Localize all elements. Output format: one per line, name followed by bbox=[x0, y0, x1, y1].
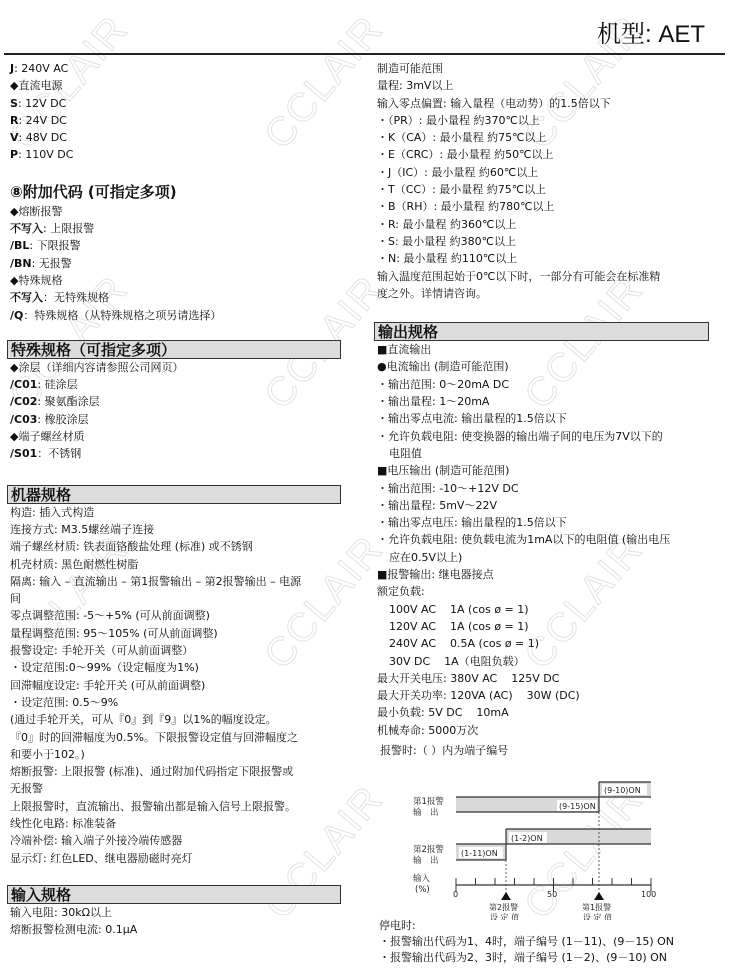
left-column: J: 240V AC ◆直流电源 S: 12V DC R: 24V DC V: … bbox=[10, 60, 345, 938]
range-note: 输入温度范围起始于0℃以下时，一部分有可能会在标准精 bbox=[377, 268, 717, 285]
spec-line: ・允许负载电阻: 使负载电流为1mA以下的电阻值 (输出电压 bbox=[377, 531, 717, 548]
spec-line: ・输出零点电压: 输出量程的1.5倍以下 bbox=[377, 514, 717, 531]
input-spec-list: 输入电阻: 30kΩ以上 熔断报警检测电流: 0.1μA bbox=[10, 904, 345, 939]
rated-load-item: 100V AC 1A (cos ø = 1) bbox=[377, 601, 717, 618]
axis-label: (%) bbox=[415, 885, 430, 895]
thermocouple-item: ・（PR）: 最小量程 約370℃以上 bbox=[377, 112, 717, 129]
svg-text:(1-2)ON: (1-2)ON bbox=[511, 834, 543, 843]
special-item: /S01：不锈钢 bbox=[10, 445, 345, 462]
power-item: P: 110V DC bbox=[10, 146, 345, 163]
dc-output-title: ■直流输出 bbox=[377, 341, 717, 358]
spec-line: 上限报警时，直流输出、报警输出都是输入信号上限报警。 bbox=[10, 798, 345, 815]
current-output-title: ●电流输出 (制造可能范围) bbox=[377, 358, 717, 375]
special-item: /C03: 橡胶涂层 bbox=[10, 411, 345, 428]
spec-line: 报警设定: 手轮开关（可从前面调整） bbox=[10, 642, 345, 659]
voltage-output-title: ■电压输出 (制造可能范围) bbox=[377, 462, 717, 479]
rated-load-item: 30V DC 1A（电阻负载） bbox=[377, 653, 717, 670]
spec-line: 无报警 bbox=[10, 780, 345, 797]
spec-line: ・输出量程: 1～20mA bbox=[377, 393, 717, 410]
thermocouple-item: ・R: 最小量程 約360℃以上 bbox=[377, 216, 717, 233]
spec-line: 机械寿命: 5000万次 bbox=[377, 722, 717, 739]
special-item: ◆端子螺丝材质 bbox=[10, 428, 345, 445]
addon-item: 不写入：无特殊规格 bbox=[10, 289, 345, 306]
special-item: /C01: 硅涂层 bbox=[10, 376, 345, 393]
power-item: V: 48V DC bbox=[10, 129, 345, 146]
header-divider bbox=[4, 53, 725, 55]
thermocouple-item: ・N: 最小量程 約110℃以上 bbox=[377, 250, 717, 267]
addon-item: /BL: 下限报警 bbox=[10, 237, 345, 254]
spec-line: ・输出范围: -10～+12V DC bbox=[377, 480, 717, 497]
svg-text:50: 50 bbox=[547, 890, 557, 899]
rated-load-label: 额定负载: bbox=[377, 583, 717, 600]
thermocouple-item: ・S: 最小量程 約380℃以上 bbox=[377, 233, 717, 250]
thermocouple-item: ・J（IC）: 最小量程 約60℃以上 bbox=[377, 164, 717, 181]
addon-item: ◆熔断报警 bbox=[10, 203, 345, 220]
axis-label: 输入 bbox=[413, 873, 431, 884]
alarm-output-title: ■报警输出: 继电器接点 bbox=[377, 566, 717, 583]
svg-text:(9-15)ON: (9-15)ON bbox=[559, 802, 596, 811]
addon-item: /Q：特殊规格（从特殊规格之项另请选择） bbox=[10, 307, 345, 324]
alarm2-label: 输 出 bbox=[413, 855, 439, 866]
power-item: ◆直流电源 bbox=[10, 77, 345, 94]
thermocouple-item: ・T（CC）: 最小量程 約75℃以上 bbox=[377, 181, 717, 198]
special-spec-heading: 特殊规格（可指定多项） bbox=[7, 340, 341, 359]
alarm1-label: 第1报警 bbox=[413, 796, 444, 807]
spec-line: 机壳材质: 黑色耐燃性树脂 bbox=[10, 556, 345, 573]
svg-text:0: 0 bbox=[453, 890, 458, 899]
alarm-timing-diagram: 第1报警 输 出 (9-15)ON (9-10)ON 第2报警 输 出 (1-1… bbox=[405, 780, 665, 920]
device-spec-heading: 机器规格 bbox=[7, 485, 341, 504]
alarm2-label: 第2报警 bbox=[413, 844, 444, 855]
spec-line: 连接方式: M3.5螺丝端子连接 bbox=[10, 521, 345, 538]
spec-line: 电阻值 bbox=[377, 445, 717, 462]
spec-line: 和要小于102。) bbox=[10, 746, 345, 763]
rated-load-item: 240V AC 0.5A (cos ø = 1) bbox=[377, 635, 717, 652]
spec-line: 输入电阻: 30kΩ以上 bbox=[10, 904, 345, 921]
alarm1-label: 输 出 bbox=[413, 807, 439, 818]
spec-line: ・输出零点电流: 输出量程的1.5倍以下 bbox=[377, 410, 717, 427]
output-spec-list: ■直流输出 ●电流输出 (制造可能范围) ・输出范围: 0～20mA DC ・输… bbox=[377, 341, 717, 759]
power-failure-line: ・报警输出代码为1、4时，端子编号 (1－11)、(9－15) ON bbox=[379, 934, 674, 950]
range-note: 度之外。详情请咨询。 bbox=[377, 285, 717, 302]
addon-code-list: ◆熔断报警 不写入: 上限报警 /BL: 下限报警 /BN: 无报警 ◆特殊规格… bbox=[10, 203, 345, 324]
svg-text:100: 100 bbox=[641, 890, 656, 899]
spec-line: ・输出量程: 5mV～22V bbox=[377, 497, 717, 514]
spec-line: 最小负载: 5V DC 10mA bbox=[377, 704, 717, 721]
spec-line: ・输出范围: 0～20mA DC bbox=[377, 376, 717, 393]
spec-line: 熔断报警检测电流: 0.1μA bbox=[10, 921, 345, 938]
power-failure-title: 停电时: bbox=[379, 918, 674, 934]
spec-line: 回滞幅度设定: 手轮开关 (可从前面调整) bbox=[10, 677, 345, 694]
spec-line: 间 bbox=[10, 590, 345, 607]
spec-line: 隔离: 输入 – 直流输出 – 第1报警输出 – 第2报警输出 – 电源 bbox=[10, 573, 345, 590]
svg-text:第2报警: 第2报警 bbox=[489, 902, 518, 912]
spec-line: 『0』时的回滞幅度为0.5%。下限报警设定值与回滞幅度之 bbox=[10, 729, 345, 746]
device-spec-list: 构造: 插入式构造 连接方式: M3.5螺丝端子连接 端子螺丝材质: 铁表面铬酸… bbox=[10, 504, 345, 867]
thermocouple-item: ・K（CA）: 最小量程 約75℃以上 bbox=[377, 129, 717, 146]
diagram-caption: 报警时:（ ）内为端子编号 bbox=[377, 742, 717, 759]
input-spec-heading: 输入规格 bbox=[7, 885, 341, 904]
spec-line: 最大开关电压: 380V AC 125V DC bbox=[377, 670, 717, 687]
spec-line: 显示灯: 红色LED、继电器励磁时亮灯 bbox=[10, 850, 345, 867]
spec-line: (通过手轮开关，可从『0』到『9』以1%的幅度设定。 bbox=[10, 711, 345, 728]
power-item: S: 12V DC bbox=[10, 95, 345, 112]
right-column: 制造可能范围 量程: 3mV以上 输入零点偏置: 输入量程（电动势）的1.5倍以… bbox=[377, 60, 717, 759]
spec-line: 量程调整范围: 95～105% (可从前面调整) bbox=[10, 625, 345, 642]
range-line: 输入零点偏置: 输入量程（电动势）的1.5倍以下 bbox=[377, 95, 717, 112]
spec-line: ・允许负载电阻: 使变换器的输出端子间的电压为7V以下的 bbox=[377, 428, 717, 445]
addon-code-heading: ⑧附加代码 (可指定多项) bbox=[10, 181, 345, 203]
svg-text:(9-10)ON: (9-10)ON bbox=[604, 786, 641, 795]
power-failure-notes: 停电时: ・报警输出代码为1、4时，端子编号 (1－11)、(9－15) ON … bbox=[379, 918, 674, 966]
svg-text:第1报警: 第1报警 bbox=[582, 902, 611, 912]
manufacturable-range: 制造可能范围 量程: 3mV以上 输入零点偏置: 输入量程（电动势）的1.5倍以… bbox=[377, 60, 717, 302]
alarm2-setpoint-marker bbox=[501, 892, 511, 900]
spec-line: ・设定范围: 0.5～9% bbox=[10, 694, 345, 711]
spec-line: 线性化电路: 标准装备 bbox=[10, 815, 345, 832]
spec-line: 零点调整范围: -5～+5% (可从前面调整) bbox=[10, 607, 345, 624]
spec-line: 冷端补偿: 输入端子外接冷端传感器 bbox=[10, 832, 345, 849]
thermocouple-item: ・B（RH）: 最小量程 約780℃以上 bbox=[377, 198, 717, 215]
addon-item: 不写入: 上限报警 bbox=[10, 220, 345, 237]
spec-line: 端子螺丝材质: 铁表面铬酸盐处理 (标准) 或不锈钢 bbox=[10, 538, 345, 555]
addon-item: /BN: 无报警 bbox=[10, 255, 345, 272]
page-title: 机型: AET bbox=[597, 14, 705, 49]
power-item: R: 24V DC bbox=[10, 112, 345, 129]
spec-line: ・设定范围:0～99%（设定幅度为1%) bbox=[10, 659, 345, 676]
alarm1-setpoint-marker bbox=[594, 892, 604, 900]
spec-line: 最大开关功率: 120VA (AC) 30W (DC) bbox=[377, 687, 717, 704]
rated-load-item: 120V AC 1A (cos ø = 1) bbox=[377, 618, 717, 635]
special-item: ◆涂层（详细内容请参照公司网页） bbox=[10, 359, 345, 376]
special-item: /C02: 聚氨酯涂层 bbox=[10, 393, 345, 410]
special-spec-list: ◆涂层（详细内容请参照公司网页） /C01: 硅涂层 /C02: 聚氨酯涂层 /… bbox=[10, 359, 345, 463]
svg-text:(1-11)ON: (1-11)ON bbox=[461, 849, 498, 858]
spec-line: 应在0.5V以上) bbox=[377, 549, 717, 566]
output-spec-heading: 输出规格 bbox=[374, 322, 709, 341]
thermocouple-item: ・E（CRC）: 最小量程 約50℃以上 bbox=[377, 146, 717, 163]
range-line: 制造可能范围 bbox=[377, 60, 717, 77]
power-item: J: 240V AC bbox=[10, 60, 345, 77]
addon-item: ◆特殊规格 bbox=[10, 272, 345, 289]
spec-line: 熔断报警: 上限报警 (标准)、通过附加代码指定下限报警或 bbox=[10, 763, 345, 780]
power-supply-list: J: 240V AC ◆直流电源 S: 12V DC R: 24V DC V: … bbox=[10, 60, 345, 164]
range-line: 量程: 3mV以上 bbox=[377, 77, 717, 94]
spec-line: 构造: 插入式构造 bbox=[10, 504, 345, 521]
power-failure-line: ・报警输出代码为2、3时，端子编号 (1－2)、(9－10) ON bbox=[379, 950, 674, 966]
